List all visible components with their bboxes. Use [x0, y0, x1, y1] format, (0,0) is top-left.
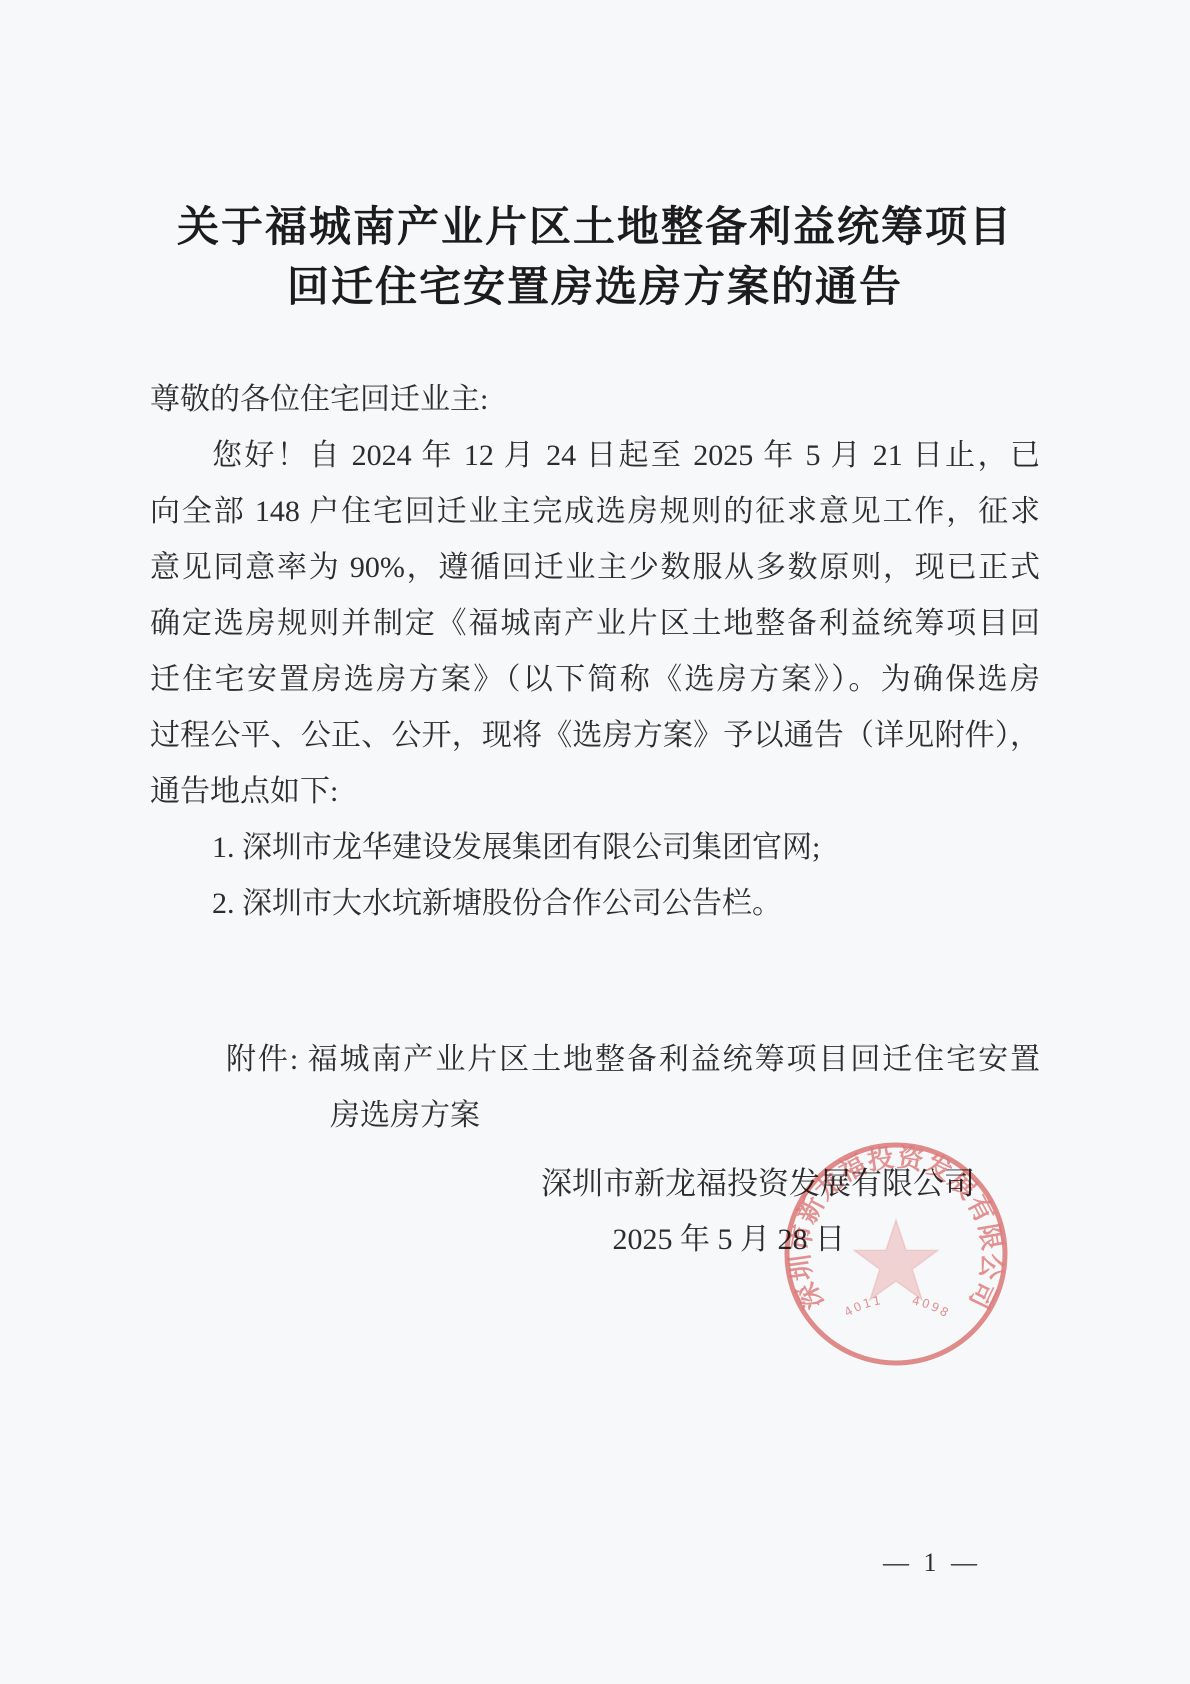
body-line: 意见同意率为 90%，遵循回迁业主少数服从多数原则，现已正式: [150, 540, 1040, 596]
attachment-line2: 房选房方案: [330, 1088, 1040, 1144]
signature-company-name: 深圳市新龙福投资发展有限公司: [150, 1156, 1040, 1212]
location-item-2: 2. 深圳市大水坑新塘股份合作公司公告栏。: [150, 876, 1040, 932]
greeting-line: 尊敬的各位住宅回迁业主:: [150, 372, 1040, 428]
body-line: 您好！自 2024 年 12 月 24 日起至 2025 年 5 月 21 日止…: [150, 428, 1040, 484]
notice-document: 关于福城南产业片区土地整备利益统筹项目 回迁住宅安置房选房方案的通告 尊敬的各位…: [0, 198, 1190, 1268]
scanned-notice-page: { "page": { "background_color": "#f7f8fa…: [0, 0, 1190, 1684]
signature-block: 深圳市新龙福投资发展有限公司 2025 年 5 月 28 日: [150, 1156, 1040, 1268]
notice-title-line2: 回迁住宅安置房选房方案的通告: [150, 258, 1040, 318]
body-line: 过程公平、公正、公开，现将《选房方案》予以通告（详见附件），: [150, 708, 1040, 764]
body-line: 向全部 148 户住宅回迁业主完成选房规则的征求意见工作，征求: [150, 484, 1040, 540]
attachment-note: 附件: 福城南产业片区土地整备利益统筹项目回迁住宅安置 房选房方案: [150, 1032, 1040, 1144]
body-line: 确定选房规则并制定《福城南产业片区土地整备利益统筹项目回: [150, 596, 1040, 652]
notice-title: 关于福城南产业片区土地整备利益统筹项目 回迁住宅安置房选房方案的通告: [150, 198, 1040, 318]
location-list: 1. 深圳市龙华建设发展集团有限公司集团官网; 2. 深圳市大水坑新塘股份合作公…: [150, 820, 1040, 932]
page-number: — 1 —: [842, 1548, 1022, 1578]
notice-body: 您好！自 2024 年 12 月 24 日起至 2025 年 5 月 21 日止…: [150, 428, 1040, 820]
seal-number-right: 4098: [911, 1293, 953, 1320]
body-line: 通告地点如下:: [150, 764, 1040, 820]
signature-date: 2025 年 5 月 28 日: [150, 1212, 1040, 1268]
body-line: 迁住宅安置房选房方案》（以下简称《选房方案》）。为确保选房: [150, 652, 1040, 708]
location-item-1: 1. 深圳市龙华建设发展集团有限公司集团官网;: [150, 820, 1040, 876]
attachment-line1: 附件: 福城南产业片区土地整备利益统筹项目回迁住宅安置: [226, 1032, 1040, 1088]
seal-number-left: 4011: [842, 1293, 884, 1320]
notice-title-line1: 关于福城南产业片区土地整备利益统筹项目: [150, 198, 1040, 258]
